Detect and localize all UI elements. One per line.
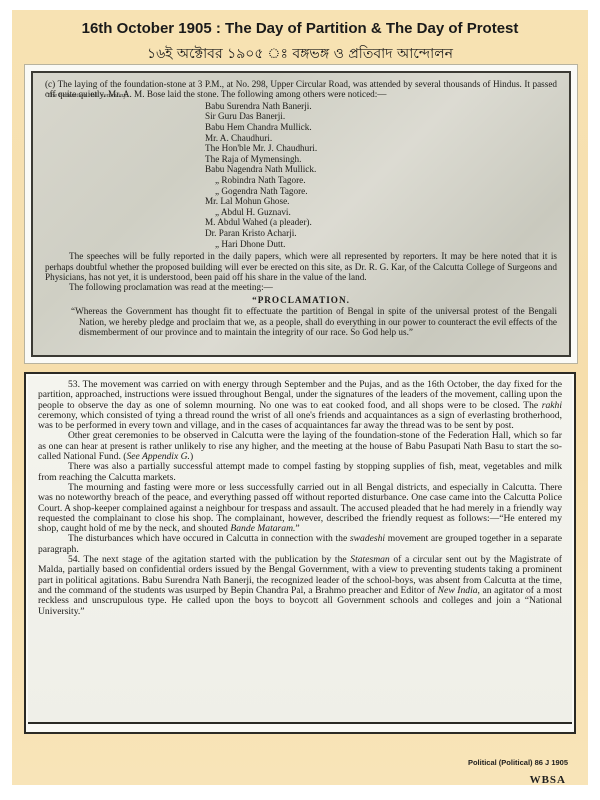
paragraph-fasting: There was also a partially successful at… [38, 462, 562, 483]
speeches-paragraph: The speeches will be fully reported in t… [45, 251, 557, 282]
attendee-name: The Raja of Mymensingh. [205, 154, 557, 165]
proclamation-intro: The following proclamation was read at t… [45, 282, 557, 292]
attendee-name: Babu Nagendra Nath Mullick. [205, 164, 557, 175]
proclamation-text: “Whereas the Government has thought fit … [79, 306, 557, 337]
attendee-name: „ Gogendra Nath Tagore. [205, 186, 557, 197]
archive-page: 16th October 1905 : The Day of Partition… [12, 10, 588, 785]
upper-document-scan: (c) The laying of the foundation-stone a… [24, 64, 578, 364]
attendee-list: Babu Surendra Nath Banerji.Sir Guru Das … [205, 101, 557, 249]
archive-mark: WBSA [530, 774, 566, 786]
attendee-name: Dr. Paran Kristo Acharji. [205, 228, 557, 239]
paragraph-mourning: The mourning and fasting were more or le… [38, 483, 562, 534]
attendee-name: „ Abdul H. Guznavi. [205, 207, 557, 218]
lower-document-scan: 53. The movement was carried on with ene… [24, 372, 576, 734]
page-title: 16th October 1905 : The Day of Partition… [12, 20, 588, 37]
attendee-name: „ Hari Dhone Dutt. [205, 239, 557, 250]
page-subtitle-bengali: ১৬ই অক্টোবর ১৯০৫ ঃ বঙ্গভঙ্গ ও প্রতিবাদ আ… [12, 42, 588, 66]
paragraph-54: 54. The next stage of the agitation star… [38, 555, 562, 617]
attendee-name: M. Abdul Wahed (a pleader). [205, 217, 557, 228]
attendee-name: Mr. Lal Mohun Ghose. [205, 196, 557, 207]
paragraph-53: 53. The movement was carried on with ene… [38, 380, 562, 431]
attendee-name: „ Robindra Nath Tagore. [205, 175, 557, 186]
paragraph-ceremonies: Other great ceremonies to be observed in… [38, 431, 562, 462]
attendee-name: Babu Hem Chandra Mullick. [205, 122, 557, 133]
proclamation-title: “PROCLAMATION. [45, 295, 557, 305]
paragraph-disturbances: The disturbances which have occured in C… [38, 534, 562, 555]
attendee-name: Mr. A. Chaudhuri. [205, 133, 557, 144]
attendee-name: The Hon'ble Mr. J. Chaudhuri. [205, 143, 557, 154]
attendee-name: Sir Guru Das Banerji. [205, 111, 557, 122]
attendee-name: Babu Surendra Nath Banerji. [205, 101, 557, 112]
file-reference: Political (Political) 86 J 1905 [468, 758, 568, 767]
upper-document-text: (c) The laying of the foundation-stone a… [31, 71, 571, 357]
margin-note: The Federation Hall ceremony. [47, 91, 217, 101]
lower-document-text: 53. The movement was carried on with ene… [28, 376, 572, 724]
